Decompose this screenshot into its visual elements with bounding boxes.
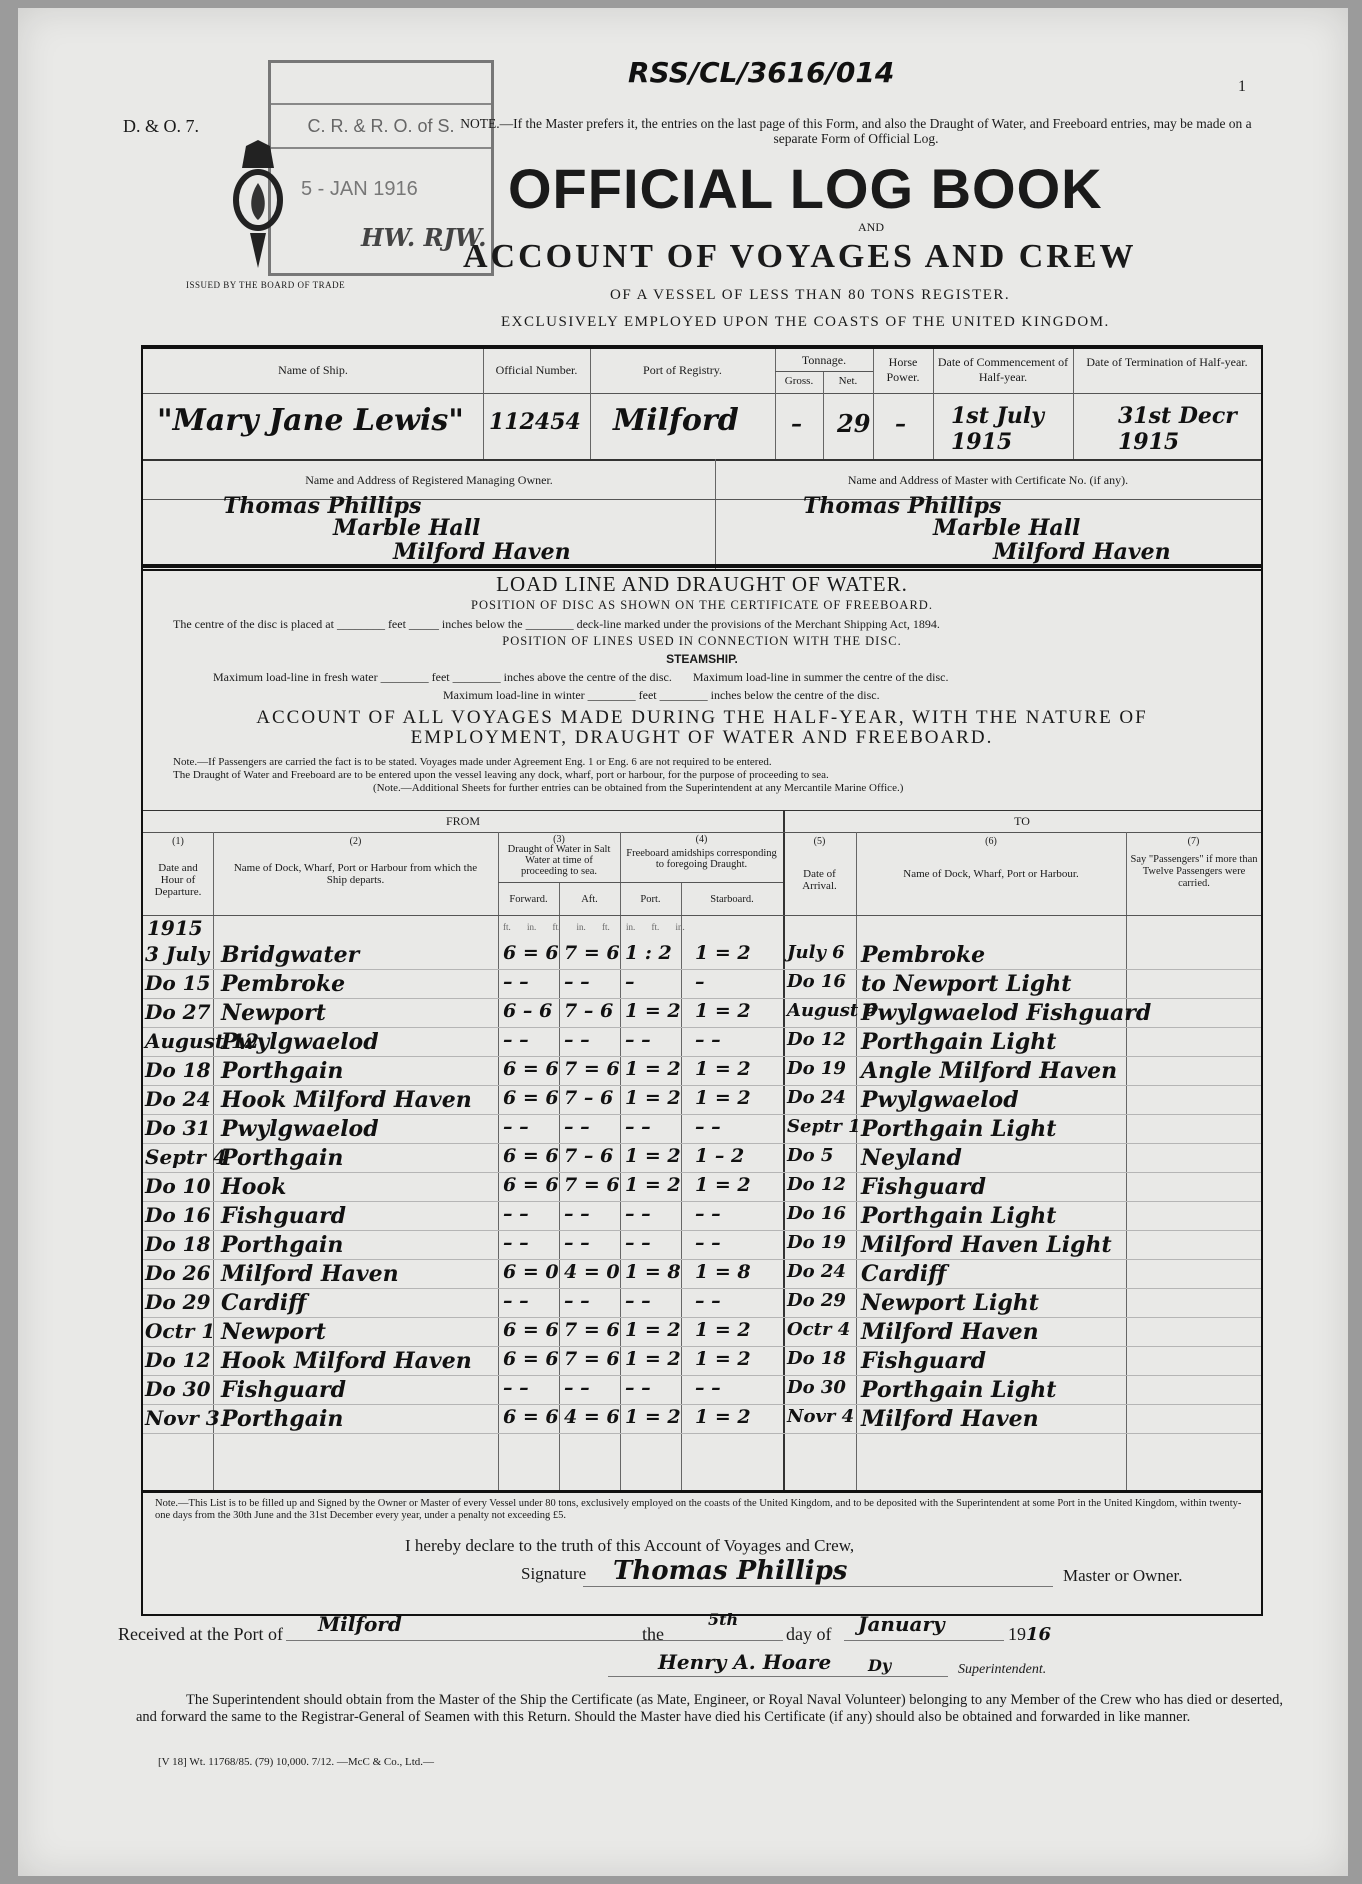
- cell-stbd: – –: [695, 1290, 721, 1312]
- cell-aft: – –: [564, 1203, 590, 1225]
- label-commencement: Date of Commencement of Half-year.: [933, 355, 1073, 385]
- superintendent-label: Superintendent.: [958, 1662, 1046, 1678]
- received-stamp: C. R. & R. O. of S. 5 - JAN 1916 HW. RJW…: [268, 60, 494, 276]
- cell-from: Cardiff: [221, 1290, 306, 1316]
- cell-dep: Do 12: [145, 1348, 210, 1372]
- cell-stbd: 1 = 2: [695, 1058, 751, 1080]
- cell-port: – –: [625, 1203, 651, 1225]
- cell-to: Fishguard: [861, 1174, 986, 1200]
- cell-stbd: 1 = 2: [695, 1087, 751, 1109]
- cell-dep: Do 10: [145, 1174, 210, 1198]
- cell-fwd: 6 = 6: [503, 1145, 559, 1167]
- cell-fwd: – –: [503, 1029, 529, 1051]
- col-passengers: Say "Passengers" if more than Twelve Pas…: [1129, 854, 1259, 890]
- superintendent-signature: Henry A. Hoare: [658, 1650, 831, 1674]
- cell-from: Hook Milford Haven: [221, 1348, 472, 1374]
- winter-line: Maximum load-line in winter ________ fee…: [443, 688, 880, 703]
- print-code: [V 18] Wt. 11768/85. (79) 10,000. 7/12. …: [158, 1756, 434, 1768]
- commencement-date: 1st July 1915: [951, 403, 1061, 455]
- cell-to: Pembroke: [861, 942, 985, 968]
- master-address-2: Milford Haven: [993, 539, 1171, 565]
- cell-from: Fishguard: [221, 1377, 346, 1403]
- cell-port: – –: [625, 1232, 651, 1254]
- horse-power: –: [895, 411, 906, 437]
- cell-arr: Novr 4: [787, 1406, 854, 1427]
- cell-fwd: 6 = 6: [503, 1087, 559, 1109]
- row-rule: [143, 1085, 1261, 1086]
- cell-from: Porthgain: [221, 1145, 343, 1171]
- archive-reference: RSS/CL/3616/014: [628, 56, 894, 89]
- cell-stbd: – –: [695, 1377, 721, 1399]
- cell-fwd: 6 = 6: [503, 1406, 559, 1428]
- disc-position-heading: POSITION OF DISC AS SHOWN ON THE CERTIFI…: [143, 598, 1261, 613]
- owner-address-2: Milford Haven: [393, 539, 571, 565]
- cell-dep: Do 31: [145, 1116, 210, 1140]
- cell-from: Newport: [221, 1000, 326, 1026]
- received-port: Milford: [318, 1612, 402, 1636]
- cell-arr: Do 30: [787, 1377, 846, 1398]
- the-label: the: [642, 1624, 664, 1645]
- cell-fwd: – –: [503, 1116, 529, 1138]
- cell-port: 1 = 2: [625, 1174, 681, 1196]
- cell-aft: 7 = 6: [564, 1319, 620, 1341]
- day-of-label: day of: [786, 1624, 831, 1645]
- cell-arr: Do 24: [787, 1261, 846, 1282]
- tonnage-net: 29: [837, 409, 870, 438]
- row-rule: [143, 1433, 1261, 1434]
- cell-aft: 7 – 6: [564, 1145, 613, 1167]
- cell-to: Neyland: [861, 1145, 962, 1171]
- cell-dep: Do 24: [145, 1087, 210, 1111]
- received-year: 1916: [1008, 1624, 1051, 1645]
- cell-arr: Do 12: [787, 1174, 846, 1195]
- cell-from: Hook Milford Haven: [221, 1087, 472, 1113]
- cell-fwd: – –: [503, 971, 529, 993]
- row-rule: [143, 998, 1261, 999]
- cell-to: Cardiff: [861, 1261, 946, 1287]
- cell-fwd: 6 = 6: [503, 1348, 559, 1370]
- label-port-registry: Port of Registry.: [590, 363, 775, 378]
- cell-dep: Do 27: [145, 1000, 210, 1024]
- issued-by: ISSUED BY THE BOARD OF TRADE: [186, 280, 345, 290]
- col-to-port: Name of Dock, Wharf, Port or Harbour.: [856, 868, 1126, 880]
- cell-stbd: –: [695, 971, 705, 993]
- subtitle-line-1: OF A VESSEL OF LESS THAN 80 TONS REGISTE…: [610, 287, 1010, 304]
- cell-arr: Do 18: [787, 1348, 846, 1369]
- cell-port: – –: [625, 1029, 651, 1051]
- cell-dep: Do 16: [145, 1203, 210, 1227]
- cell-to: Pwylgwaelod Fishguard: [861, 1000, 1151, 1026]
- cell-fwd: – –: [503, 1232, 529, 1254]
- cell-from: Pwylgwaelod: [221, 1116, 379, 1142]
- cell-stbd: – –: [695, 1029, 721, 1051]
- cell-port: 1 = 2: [625, 1058, 681, 1080]
- label-ship-name: Name of Ship.: [143, 363, 483, 378]
- cell-arr: Do 19: [787, 1232, 846, 1253]
- cell-port: 1 = 8: [625, 1261, 681, 1283]
- cell-arr: Septr 1: [787, 1116, 861, 1137]
- cell-dep: Do 29: [145, 1290, 210, 1314]
- cell-fwd: – –: [503, 1377, 529, 1399]
- stamp-date: 5 - JAN 1916: [301, 178, 418, 201]
- cell-port: 1 = 2: [625, 1145, 681, 1167]
- cell-fwd: 6 – 6: [503, 1000, 552, 1022]
- row-rule: [143, 969, 1261, 970]
- cell-stbd: – –: [695, 1203, 721, 1225]
- cell-arr: Do 16: [787, 1203, 846, 1224]
- col-draught: Draught of Water in Salt Water at time o…: [501, 844, 617, 877]
- log-book-page: RSS/CL/3616/014 1 D. & O. 7. C. R. & R. …: [18, 8, 1348, 1876]
- cell-to: Pwylgwaelod: [861, 1087, 1019, 1113]
- tonnage-gross: –: [791, 411, 802, 437]
- received-day: 5th: [708, 1610, 738, 1629]
- cell-to: Porthgain Light: [861, 1377, 1056, 1403]
- port-of-registry: Milford: [613, 403, 739, 438]
- account-notes: Note.—If Passengers are carried the fact…: [173, 756, 1233, 795]
- cell-stbd: 1 = 2: [695, 942, 751, 964]
- voyages-box: LOAD LINE AND DRAUGHT OF WATER. POSITION…: [141, 564, 1263, 1616]
- cell-fwd: 6 = 6: [503, 1174, 559, 1196]
- label-tonnage: Tonnage.: [775, 353, 873, 368]
- row-rule: [143, 1346, 1261, 1347]
- cell-aft: 7 = 6: [564, 1174, 620, 1196]
- cell-dep: Octr 1: [145, 1319, 215, 1343]
- row-rule: [143, 1201, 1261, 1202]
- cell-stbd: 1 = 2: [695, 1319, 751, 1341]
- fresh-water-line: Maximum load-line in fresh water _______…: [213, 670, 1253, 685]
- col-freeboard: Freeboard amidships corresponding to for…: [623, 848, 780, 870]
- cell-dep: Novr 3: [145, 1406, 220, 1430]
- row-rule: [143, 1114, 1261, 1115]
- cell-aft: – –: [564, 1116, 590, 1138]
- termination-date: 31st Decr 1915: [1118, 403, 1238, 455]
- row-rule: [143, 1056, 1261, 1057]
- table-year: 1915: [147, 916, 203, 940]
- page-subtitle: ACCOUNT OF VOYAGES AND CREW: [463, 238, 1137, 276]
- row-rule: [143, 1375, 1261, 1376]
- cell-aft: – –: [564, 1232, 590, 1254]
- master-or-owner-label: Master or Owner.: [1063, 1566, 1182, 1586]
- units-row: ft. in. ft. in. ft. in. ft. in.: [503, 922, 783, 932]
- cell-to: Newport Light: [861, 1290, 1039, 1316]
- from-heading: FROM: [143, 814, 783, 829]
- row-rule: [143, 1027, 1261, 1028]
- cell-dep: Do 18: [145, 1232, 210, 1256]
- cell-to: to Newport Light: [861, 971, 1071, 997]
- cell-fwd: 6 = 6: [503, 1058, 559, 1080]
- to-heading: TO: [783, 814, 1261, 829]
- cell-arr: Do 29: [787, 1290, 846, 1311]
- cell-from: Fishguard: [221, 1203, 346, 1229]
- cell-stbd: – –: [695, 1232, 721, 1254]
- cell-arr: Octr 4: [787, 1319, 850, 1340]
- cell-from: Hook: [221, 1174, 286, 1200]
- row-rule: [143, 1259, 1261, 1260]
- official-number: 112454: [489, 409, 581, 435]
- cell-fwd: 6 = 6: [503, 1319, 559, 1341]
- cell-fwd: 6 = 0: [503, 1261, 559, 1283]
- cell-to: Porthgain Light: [861, 1116, 1056, 1142]
- cell-dep: 3 July: [145, 942, 209, 966]
- master-address-1: Marble Hall: [933, 515, 1080, 541]
- row-rule: [143, 1404, 1261, 1405]
- cell-to: Porthgain Light: [861, 1203, 1056, 1229]
- cell-to: Milford Haven: [861, 1406, 1039, 1432]
- cell-aft: – –: [564, 971, 590, 993]
- account-title: ACCOUNT OF ALL VOYAGES MADE DURING THE H…: [143, 708, 1261, 748]
- cell-to: Milford Haven: [861, 1319, 1039, 1345]
- cell-port: – –: [625, 1290, 651, 1312]
- cell-dep: Do 30: [145, 1377, 210, 1401]
- cell-aft: 7 = 6: [564, 1348, 620, 1370]
- cell-aft: – –: [564, 1029, 590, 1051]
- cell-to: Angle Milford Haven: [861, 1058, 1117, 1084]
- cell-arr: Do 19: [787, 1058, 846, 1079]
- label-termination: Date of Termination of Half-year.: [1073, 355, 1261, 370]
- voyages-table: FROM TO (1) (2) (3) (4) (5) (6) (7) Date…: [143, 810, 1261, 1490]
- load-line-title: LOAD LINE AND DRAUGHT OF WATER.: [143, 572, 1261, 597]
- col-departure: Date and Hour of Departure.: [147, 862, 209, 898]
- disc-position-line: The centre of the disc is placed at ____…: [173, 617, 1253, 632]
- cell-port: 1 = 2: [625, 1087, 681, 1109]
- header-note: NOTE.—If the Master prefers it, the entr…: [456, 116, 1256, 146]
- footer-note: Note.—This List is to be filled up and S…: [155, 1498, 1250, 1522]
- cell-arr: Do 24: [787, 1087, 846, 1108]
- row-rule: [143, 1317, 1261, 1318]
- cell-to: Fishguard: [861, 1348, 986, 1374]
- cell-port: 1 = 2: [625, 1319, 681, 1341]
- cell-stbd: – –: [695, 1116, 721, 1138]
- cell-fwd: 6 = 6: [503, 942, 559, 964]
- label-gross: Gross.: [775, 375, 823, 387]
- superintendent-instructions: The Superintendent should obtain from th…: [136, 1692, 1286, 1726]
- declaration-text: I hereby declare to the truth of this Ac…: [405, 1536, 854, 1556]
- cell-arr: Do 16: [787, 971, 846, 992]
- cell-from: Pwylgwaelod: [221, 1029, 379, 1055]
- row-rule: [143, 1288, 1261, 1289]
- cell-fwd: – –: [503, 1290, 529, 1312]
- cell-port: – –: [625, 1116, 651, 1138]
- lines-position-heading: POSITION OF LINES USED IN CONNECTION WIT…: [143, 634, 1261, 649]
- col-from-port: Name of Dock, Wharf, Port or Harbour fro…: [233, 862, 478, 886]
- cell-stbd: 1 = 2: [695, 1000, 751, 1022]
- royal-crest-icon: [228, 138, 288, 273]
- label-official-number: Official Number.: [483, 363, 590, 378]
- owner-address-1: Marble Hall: [333, 515, 480, 541]
- cell-aft: 4 = 6: [564, 1406, 620, 1428]
- subtitle-line-2: EXCLUSIVELY EMPLOYED UPON THE COASTS OF …: [501, 314, 1110, 331]
- cell-arr: Do 12: [787, 1029, 846, 1050]
- col-arrival: Date of Arrival.: [786, 868, 853, 892]
- cell-from: Porthgain: [221, 1232, 343, 1258]
- title-and: AND: [858, 220, 884, 235]
- cell-to: Milford Haven Light: [861, 1232, 1112, 1258]
- cell-from: Bridgwater: [221, 942, 359, 968]
- cell-port: 1 = 2: [625, 1348, 681, 1370]
- row-rule: [143, 1143, 1261, 1144]
- deputy-mark: Dy: [868, 1656, 891, 1675]
- cell-aft: 7 – 6: [564, 1087, 613, 1109]
- cell-fwd: – –: [503, 1203, 529, 1225]
- form-code: D. & O. 7.: [123, 116, 199, 137]
- cell-from: Pembroke: [221, 971, 345, 997]
- cell-stbd: 1 = 2: [695, 1406, 751, 1428]
- page-title: OFFICIAL LOG BOOK: [508, 156, 1103, 221]
- cell-aft: 4 = 0: [564, 1261, 620, 1283]
- cell-port: –: [625, 971, 635, 993]
- cell-to: Porthgain Light: [861, 1029, 1056, 1055]
- cell-port: 1 : 2: [625, 942, 672, 964]
- cell-dep: Do 15: [145, 971, 210, 995]
- label-master: Name and Address of Master with Certific…: [715, 473, 1261, 488]
- cell-stbd: 1 – 2: [695, 1145, 744, 1167]
- cell-from: Milford Haven: [221, 1261, 399, 1287]
- cell-stbd: 1 = 2: [695, 1348, 751, 1370]
- cell-port: 1 = 2: [625, 1000, 681, 1022]
- steamship-heading: STEAMSHIP.: [143, 652, 1261, 666]
- received-month: January: [858, 1612, 945, 1636]
- received-label: Received at the Port of: [118, 1624, 283, 1645]
- cell-port: – –: [625, 1377, 651, 1399]
- ship-details-box: Name of Ship. Official Number. Port of R…: [141, 345, 1263, 571]
- cell-aft: – –: [564, 1290, 590, 1312]
- cell-aft: 7 – 6: [564, 1000, 613, 1022]
- cell-port: 1 = 2: [625, 1406, 681, 1428]
- cell-dep: Do 18: [145, 1058, 210, 1082]
- cell-from: Newport: [221, 1319, 326, 1345]
- page-number: 1: [1238, 78, 1246, 96]
- ship-name: "Mary Jane Lewis": [157, 403, 464, 438]
- cell-stbd: 1 = 2: [695, 1174, 751, 1196]
- row-rule: [143, 1230, 1261, 1231]
- label-net: Net.: [823, 375, 873, 387]
- label-horse-power: Horse Power.: [873, 355, 933, 385]
- cell-aft: – –: [564, 1377, 590, 1399]
- row-rule: [143, 1172, 1261, 1173]
- cell-dep: Do 26: [145, 1261, 210, 1285]
- signature-label: Signature: [521, 1564, 586, 1584]
- cell-aft: 7 = 6: [564, 942, 620, 964]
- label-owner: Name and Address of Registered Managing …: [143, 473, 715, 488]
- cell-aft: 7 = 6: [564, 1058, 620, 1080]
- cell-dep: Septr 4: [145, 1145, 227, 1169]
- master-signature: Thomas Phillips: [613, 1556, 847, 1586]
- cell-from: Porthgain: [221, 1406, 343, 1432]
- cell-arr: Do 5: [787, 1145, 833, 1166]
- cell-stbd: 1 = 8: [695, 1261, 751, 1283]
- cell-from: Porthgain: [221, 1058, 343, 1084]
- cell-arr: July 6: [787, 942, 845, 963]
